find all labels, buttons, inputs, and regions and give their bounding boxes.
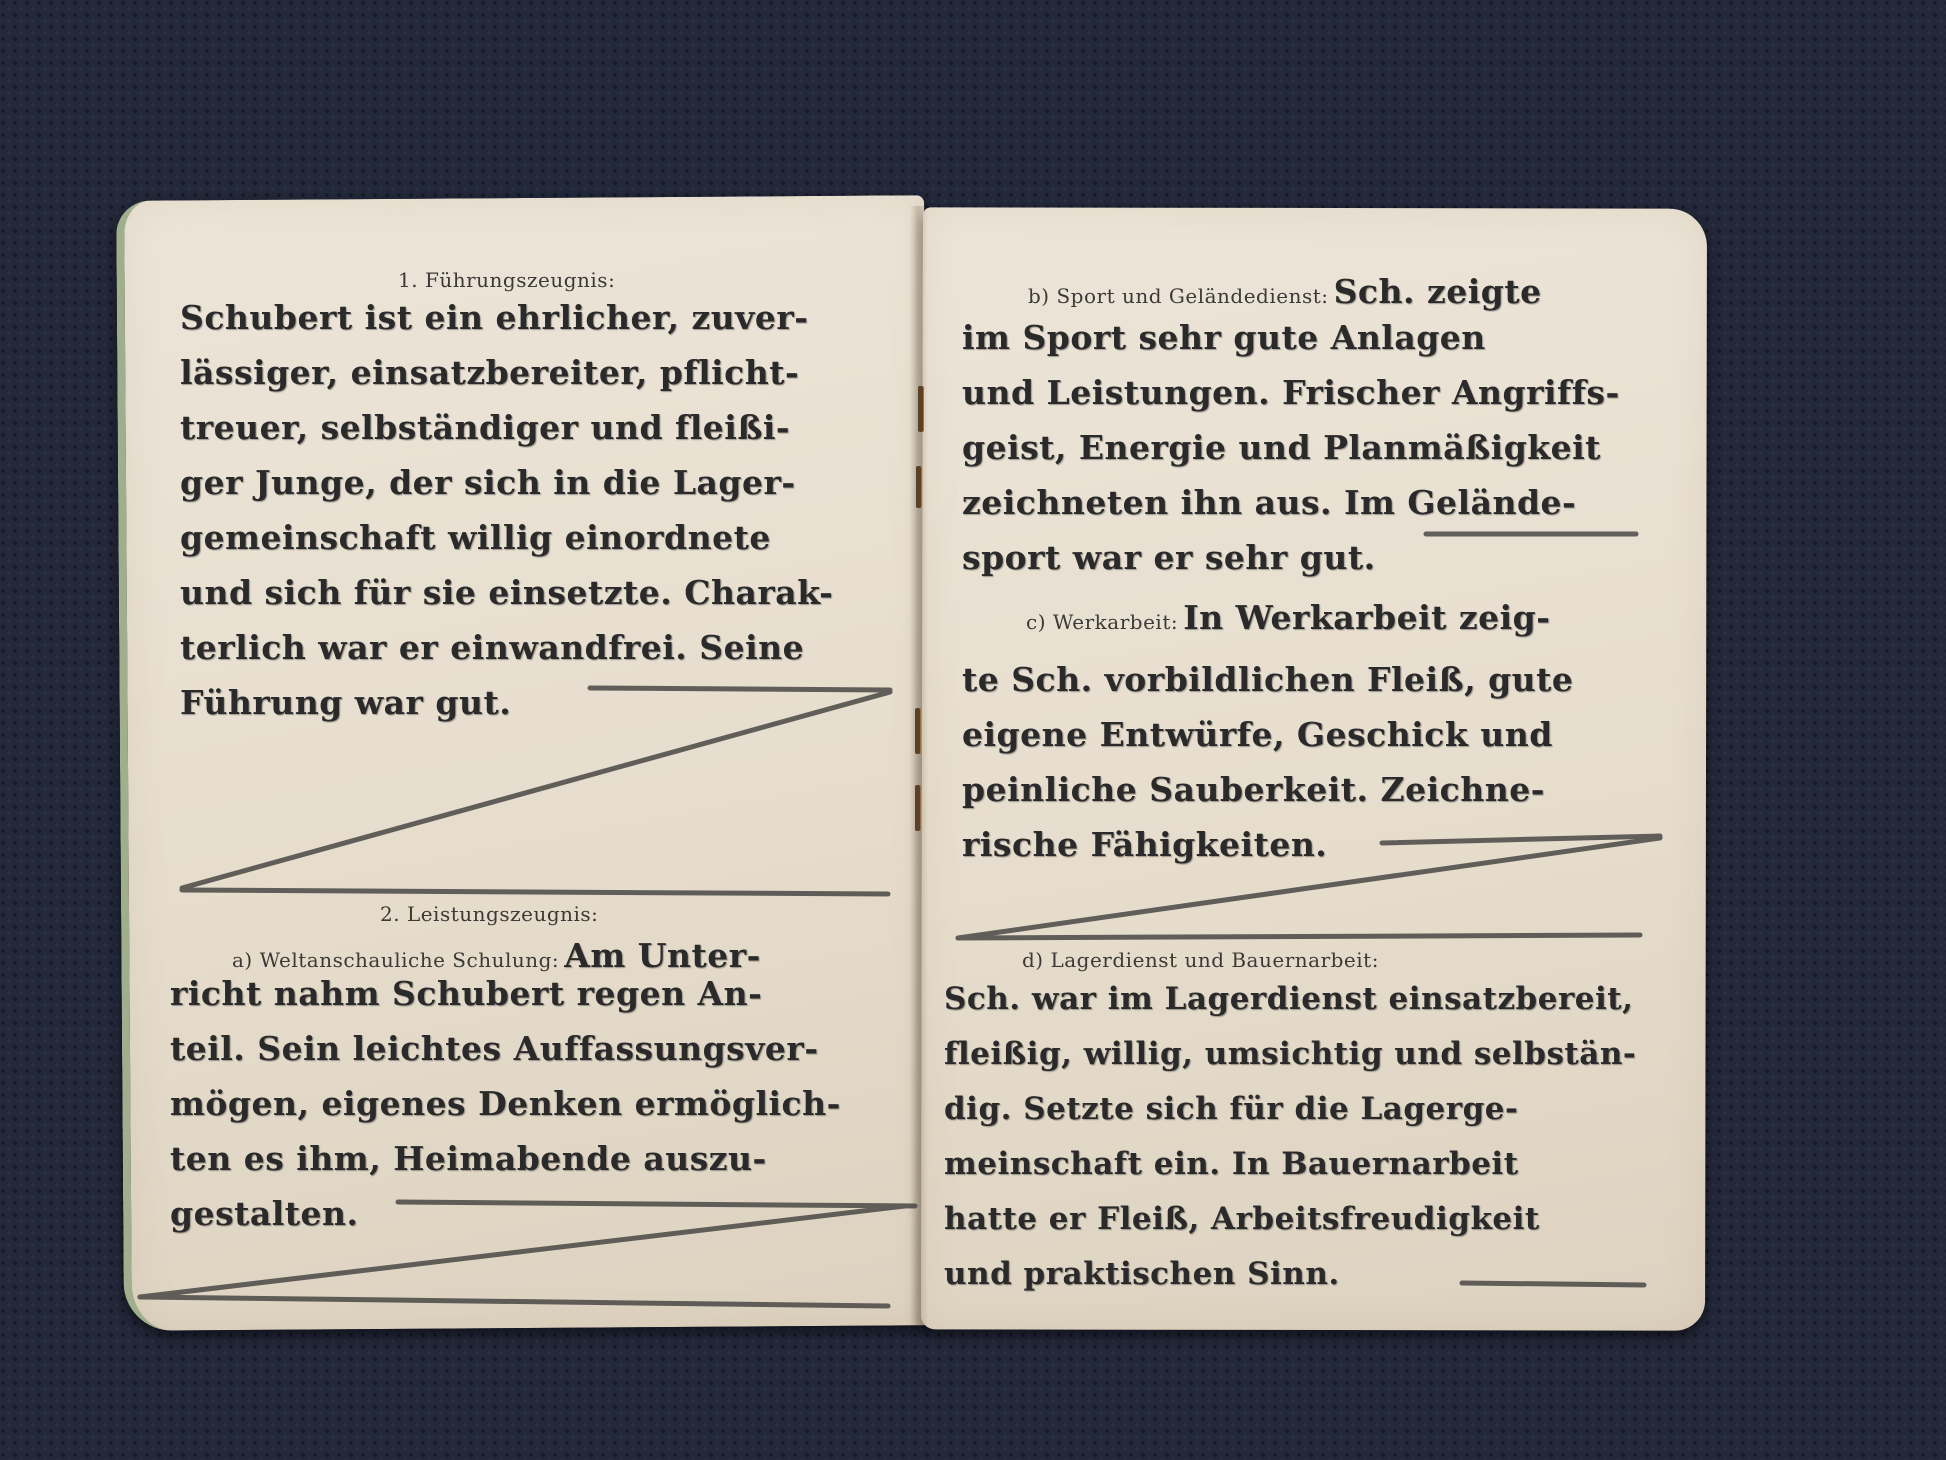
- text-line: und praktischen Sinn.: [944, 1247, 1636, 1302]
- text-line: ten es ihm, Heimabende auszu-: [170, 1131, 841, 1186]
- text-line: zeichneten ihn aus. Im Gelände-: [962, 475, 1620, 530]
- text-line: im Sport sehr gute Anlagen: [962, 310, 1620, 365]
- sub-a-text: richt nahm Schubert regen An- teil. Sein…: [170, 966, 841, 1241]
- text-line: Sch. war im Lagerdienst einsatzbereit,: [944, 972, 1636, 1027]
- sub-b-label: b) Sport und Geländedienst:: [1028, 284, 1329, 308]
- spine-fold: [910, 206, 928, 1326]
- text-line: treuer, selbständiger und fleißi-: [180, 400, 833, 455]
- text-line: ger Junge, der sich in die Lager-: [180, 455, 833, 510]
- section2-heading: 2. Leistungszeugnis:: [380, 902, 598, 926]
- text-line: fleißig, willig, umsichtig und selbstän-: [944, 1027, 1636, 1082]
- stitch-1: [918, 386, 923, 432]
- text-line: mögen, eigenes Denken ermöglich-: [170, 1076, 841, 1131]
- section1-heading: 1. Führungszeugnis:: [398, 268, 615, 292]
- stitch-3: [915, 708, 920, 754]
- text-line: eigene Entwürfe, Geschick und: [962, 707, 1573, 762]
- sub-b-first-line: Sch. zeigte: [1334, 272, 1542, 311]
- text-line: richt nahm Schubert regen An-: [170, 966, 841, 1021]
- text-line: hatte er Fleiß, Arbeitsfreudigkeit: [944, 1192, 1636, 1247]
- sub-b-label-row: b) Sport und Geländedienst: Sch. zeigte: [1028, 272, 1542, 311]
- text-line: sport war er sehr gut.: [962, 530, 1620, 585]
- open-booklet: 1. Führungszeugnis: Schubert ist ein ehr…: [0, 0, 1946, 1460]
- stitch-4: [915, 785, 920, 831]
- text-line: und sich für sie einsetzte. Charak-: [180, 565, 833, 620]
- text-line: teil. Sein leichtes Auffassungsver-: [170, 1021, 841, 1076]
- sub-c-label: c) Werkarbeit:: [1026, 610, 1178, 634]
- section1-text: Schubert ist ein ehrlicher, zuver- lässi…: [180, 290, 833, 730]
- sub-b-text: im Sport sehr gute Anlagen und Leistunge…: [962, 310, 1620, 585]
- text-line: Führung war gut.: [180, 675, 833, 730]
- text-line: meinschaft ein. In Bauernarbeit: [944, 1137, 1636, 1192]
- text-line: gestalten.: [170, 1186, 841, 1241]
- sub-c-first-line: In Werkarbeit zeig-: [1183, 598, 1550, 637]
- text-line: gemeinschaft willig einordnete: [180, 510, 833, 565]
- text-line: und Leistungen. Frischer Angriffs-: [962, 365, 1620, 420]
- sub-d-text: Sch. war im Lagerdienst einsatzbereit, f…: [944, 972, 1636, 1302]
- sub-c-text: te Sch. vorbildlichen Fleiß, gute eigene…: [962, 652, 1573, 872]
- text-line: dig. Setzte sich für die Lagerge-: [944, 1082, 1636, 1137]
- text-line: rische Fähigkeiten.: [962, 817, 1573, 872]
- text-line: Schubert ist ein ehrlicher, zuver-: [180, 290, 833, 345]
- sub-c-label-row: c) Werkarbeit: In Werkarbeit zeig-: [1026, 598, 1550, 637]
- text-line: te Sch. vorbildlichen Fleiß, gute: [962, 652, 1573, 707]
- text-line: geist, Energie und Planmäßigkeit: [962, 420, 1620, 475]
- text-line: peinliche Sauberkeit. Zeichne-: [962, 762, 1573, 817]
- sub-d-label: d) Lagerdienst und Bauernarbeit:: [1022, 948, 1379, 972]
- text-line: lässiger, einsatzbereiter, pflicht-: [180, 345, 833, 400]
- stitch-2: [916, 466, 921, 508]
- text-line: terlich war er einwandfrei. Seine: [180, 620, 833, 675]
